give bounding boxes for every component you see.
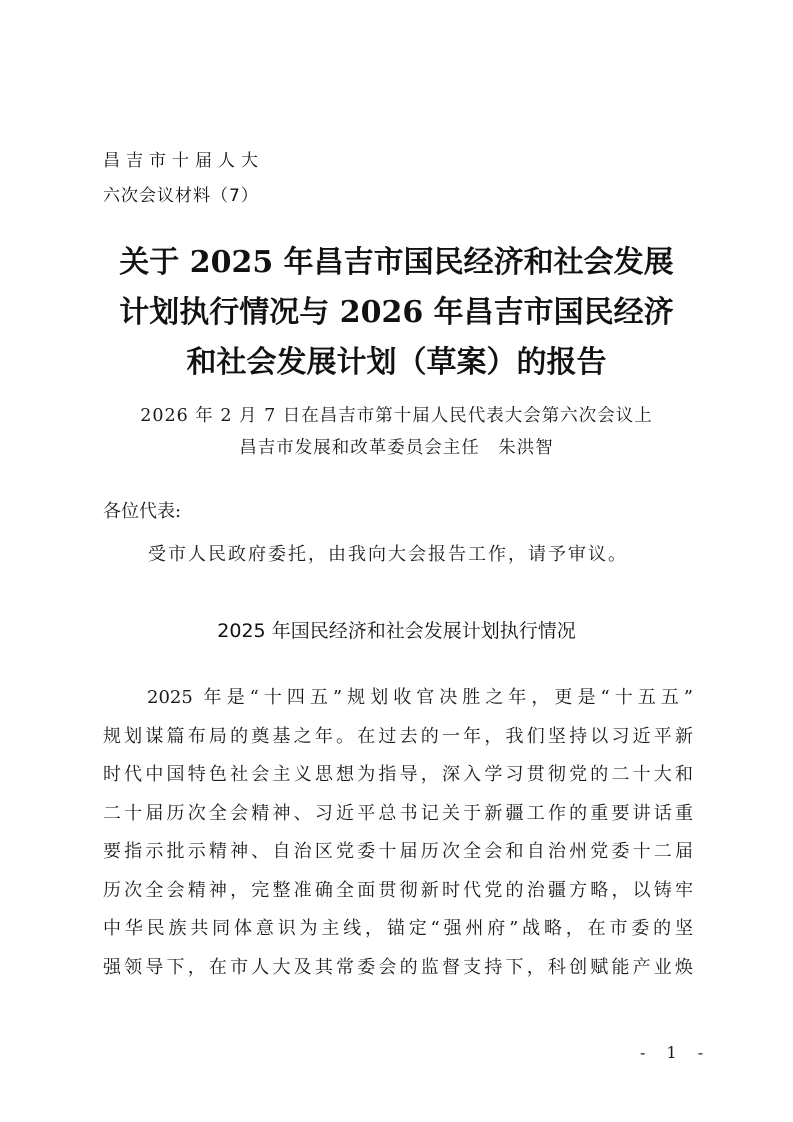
body-line: 强领导下，在市人大及其常委会的监督支持下，科创赋能产业焕 <box>103 949 693 988</box>
title-line: 关于 2025 年昌吉市国民经济和社会发展 <box>0 238 793 288</box>
document-header-line-2: 六次会议材料（7） <box>103 181 259 206</box>
salutation: 各位代表: <box>103 497 181 523</box>
title-line: 计划执行情况与 2026 年昌吉市国民经济 <box>0 288 793 338</box>
body-paragraph: 2025 年是“十四五”规划收官决胜之年，更是“十五五” 规划谋篇布局的奠基之年… <box>103 679 693 987</box>
section-heading: 2025 年国民经济和社会发展计划执行情况 <box>0 616 793 643</box>
report-subtitle: 2026 年 2 月 7 日在昌吉市第十届人民代表大会第六次会议上 昌吉市发展和… <box>0 400 793 464</box>
report-title: 关于 2025 年昌吉市国民经济和社会发展 计划执行情况与 2026 年昌吉市国… <box>0 238 793 388</box>
document-header-line-1: 昌吉市十届人大 <box>103 146 264 171</box>
body-line: 二十届历次全会精神、习近平总书记关于新疆工作的重要讲话重 <box>103 795 693 834</box>
body-line: 中华民族共同体意识为主线，锚定“强州府”战略，在市委的坚 <box>103 910 693 949</box>
intro-paragraph: 受市人民政府委托，由我向大会报告工作，请予审议。 <box>148 540 628 566</box>
body-line: 2025 年是“十四五”规划收官决胜之年，更是“十五五” <box>103 679 693 718</box>
body-line: 规划谋篇布局的奠基之年。在过去的一年，我们坚持以习近平新 <box>103 718 693 757</box>
document-page: 昌吉市十届人大 六次会议材料（7） 关于 2025 年昌吉市国民经济和社会发展 … <box>0 0 793 1122</box>
body-line: 要指示批示精神、自治区党委十届历次全会和自治州党委十二届 <box>103 833 693 872</box>
body-line: 历次全会精神，完整准确全面贯彻新时代党的治疆方略，以铸牢 <box>103 872 693 911</box>
title-line: 和社会发展计划（草案）的报告 <box>0 338 793 388</box>
page-number: - 1 - <box>640 1043 711 1062</box>
body-line: 时代中国特色社会主义思想为指导，深入学习贯彻党的二十大和 <box>103 756 693 795</box>
meeting-date-line: 2026 年 2 月 7 日在昌吉市第十届人民代表大会第六次会议上 <box>0 400 793 432</box>
speaker-line: 昌吉市发展和改革委员会主任 朱洪智 <box>0 432 793 464</box>
